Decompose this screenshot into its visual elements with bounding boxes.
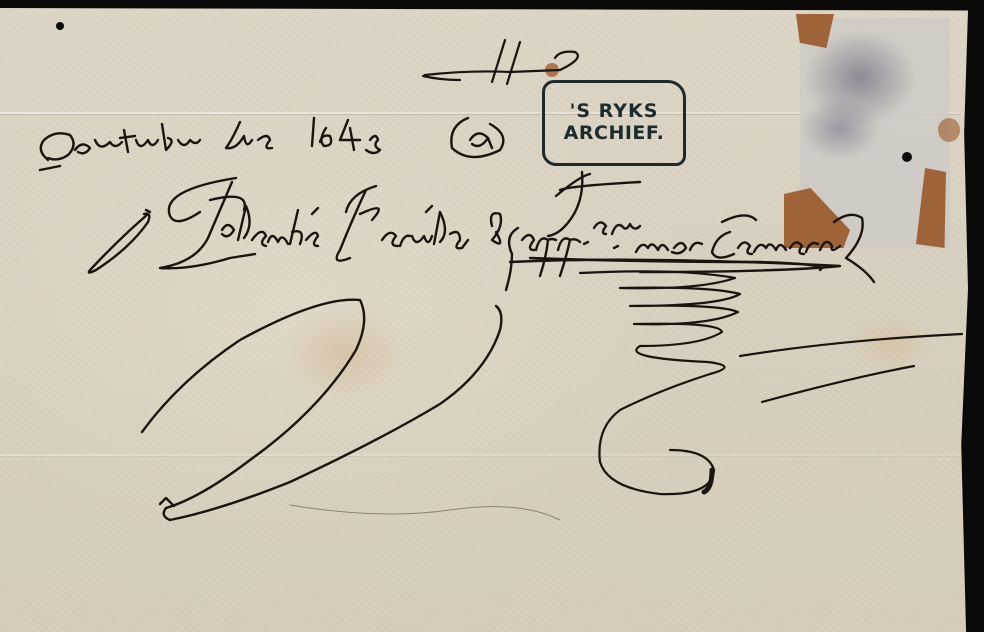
top-mark-ink bbox=[423, 40, 578, 84]
paper-crease bbox=[290, 505, 560, 520]
large-flourish-ink bbox=[142, 300, 501, 520]
address-line-ink bbox=[89, 172, 874, 290]
flourish-ink bbox=[580, 271, 962, 494]
handwriting-ink bbox=[0, 0, 984, 632]
date-line-ink bbox=[40, 118, 503, 170]
